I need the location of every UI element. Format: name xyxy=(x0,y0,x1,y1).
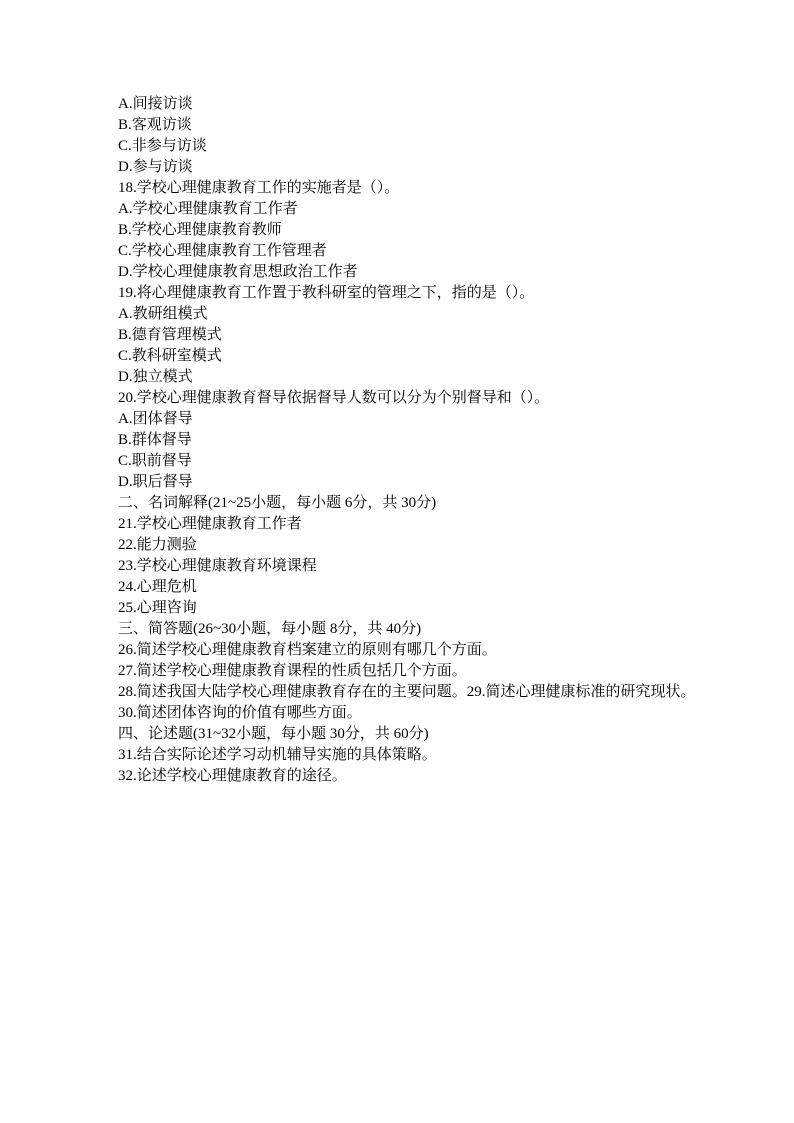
q18-option-a: A.学校心理健康教育工作者 xyxy=(118,199,678,220)
question-27: 27.简述学校心理健康教育课程的性质包括几个方面。 xyxy=(118,661,678,682)
question-18-stem: 18.学校心理健康教育工作的实施者是（）。 xyxy=(118,178,678,199)
q20-option-c: C.职前督导 xyxy=(118,451,678,472)
q20-option-b: B.群体督导 xyxy=(118,430,678,451)
exam-body: A.间接访谈 B.客观访谈 C.非参与访谈 D.参与访谈 18.学校心理健康教育… xyxy=(118,94,678,787)
question-19-stem: 19.将心理健康教育工作置于教科研室的管理之下，指的是（）。 xyxy=(118,283,678,304)
q17-option-d: D.参与访谈 xyxy=(118,157,678,178)
question-28-29: 28.简述我国大陆学校心理健康教育存在的主要问题。29.简述心理健康标准的研究现… xyxy=(118,682,678,703)
q17-option-a: A.间接访谈 xyxy=(118,94,678,115)
q18-option-c: C.学校心理健康教育工作管理者 xyxy=(118,241,678,262)
section-2-heading: 二、名词解释(21~25小题，每小题 6分，共 30分) xyxy=(118,493,678,514)
section-3-heading: 三、简答题(26~30小题，每小题 8分，共 40分) xyxy=(118,619,678,640)
question-21: 21.学校心理健康教育工作者 xyxy=(118,514,678,535)
document-page: A.间接访谈 B.客观访谈 C.非参与访谈 D.参与访谈 18.学校心理健康教育… xyxy=(0,0,794,1123)
q20-option-d: D.职后督导 xyxy=(118,472,678,493)
q20-option-a: A.团体督导 xyxy=(118,409,678,430)
q18-option-d: D.学校心理健康教育思想政治工作者 xyxy=(118,262,678,283)
question-32: 32.论述学校心理健康教育的途径。 xyxy=(118,766,678,787)
question-23: 23.学校心理健康教育环境课程 xyxy=(118,556,678,577)
question-20-stem: 20.学校心理健康教育督导依据督导人数可以分为个别督导和（）。 xyxy=(118,388,678,409)
q19-option-d: D.独立模式 xyxy=(118,367,678,388)
section-4-heading: 四、论述题(31~32小题，每小题 30分，共 60分) xyxy=(118,724,678,745)
q18-option-b: B.学校心理健康教育教师 xyxy=(118,220,678,241)
question-30: 30.简述团体咨询的价值有哪些方面。 xyxy=(118,703,678,724)
question-26: 26.简述学校心理健康教育档案建立的原则有哪几个方面。 xyxy=(118,640,678,661)
q19-option-b: B.德育管理模式 xyxy=(118,325,678,346)
question-31: 31.结合实际论述学习动机辅导实施的具体策略。 xyxy=(118,745,678,766)
q19-option-a: A.教研组模式 xyxy=(118,304,678,325)
q17-option-b: B.客观访谈 xyxy=(118,115,678,136)
question-24: 24.心理危机 xyxy=(118,577,678,598)
question-25: 25.心理咨询 xyxy=(118,598,678,619)
q17-option-c: C.非参与访谈 xyxy=(118,136,678,157)
q19-option-c: C.教科研室模式 xyxy=(118,346,678,367)
question-22: 22.能力测验 xyxy=(118,535,678,556)
